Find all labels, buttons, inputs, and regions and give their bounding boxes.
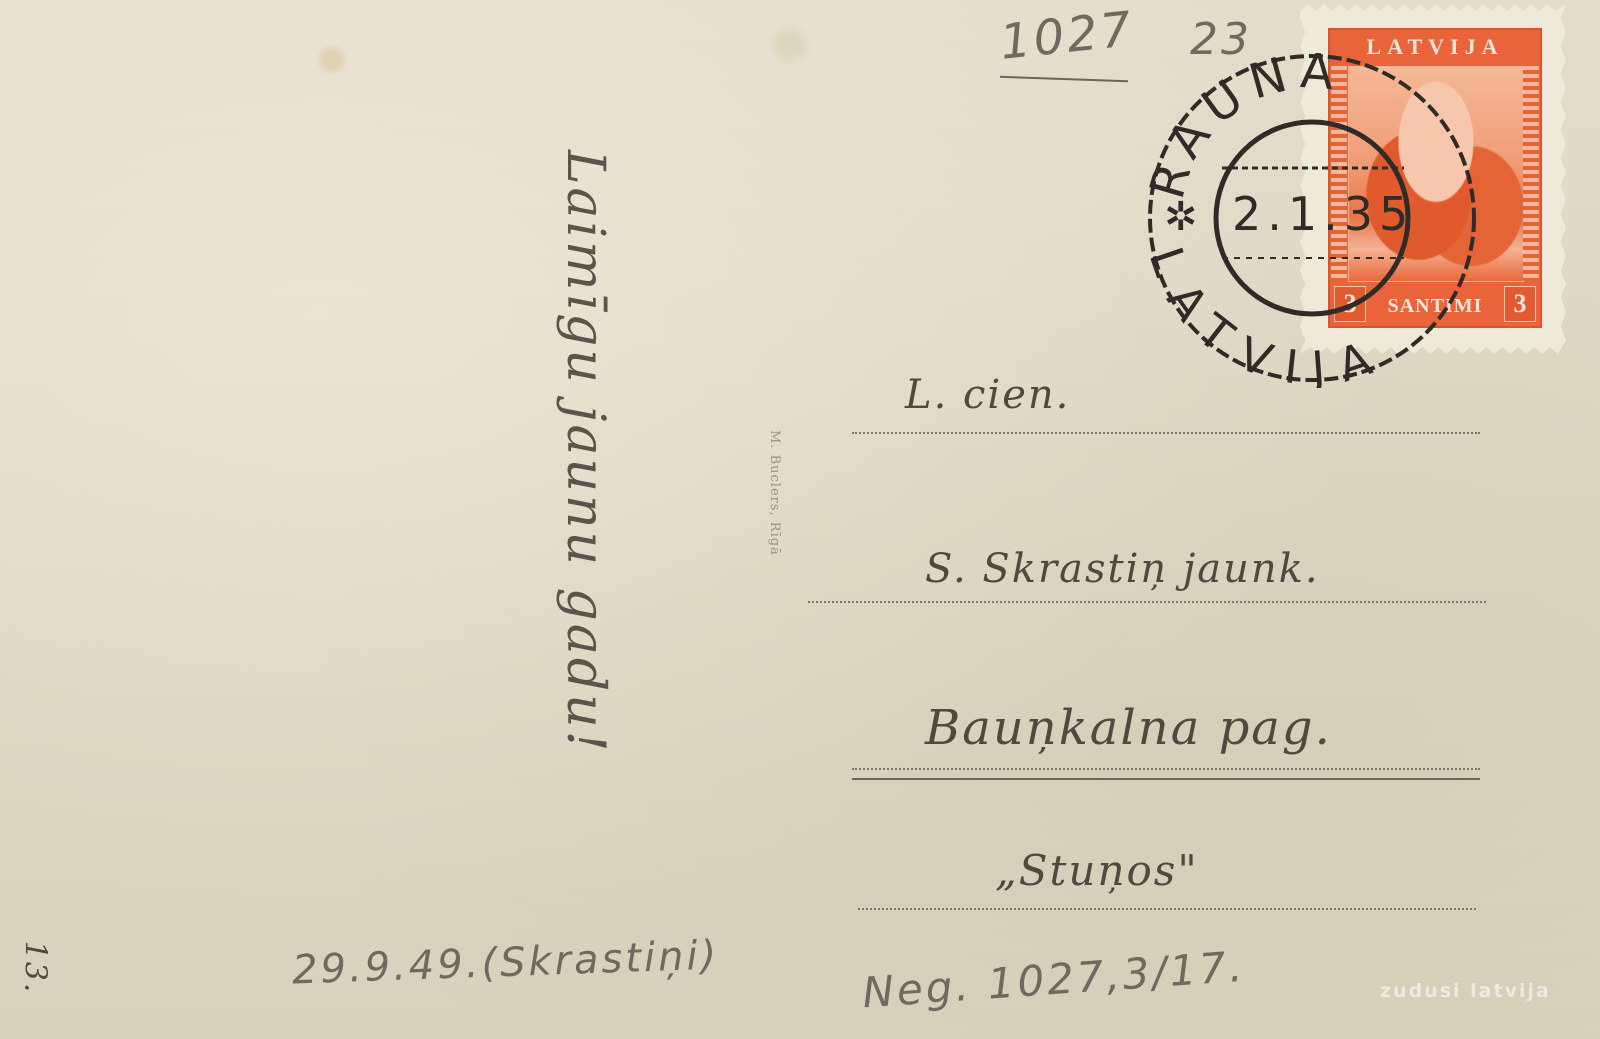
address-line-2: S. Skrastiņ jaunk. (925, 546, 1320, 592)
address-underline-3 (852, 778, 1480, 780)
address-line-4: „Stuņos" (995, 846, 1199, 895)
archive-date-note: 29.9.49.(Skrastiņi) (291, 933, 720, 994)
archive-negative-note: Neg. 1027,3/17. (861, 942, 1247, 1018)
archive-number: 1027 (997, 1, 1136, 71)
address-line-3: Bauņkalna pag. (925, 700, 1332, 756)
address-rule-3 (852, 768, 1480, 770)
archive-number-underline (1000, 76, 1128, 82)
postage-stamp: LATVIJA 3 SANTIMI 3 (1300, 4, 1566, 354)
postmark-ornament-icon: ✲ (1164, 194, 1198, 240)
address-rule-4 (858, 908, 1476, 910)
stamp-design: LATVIJA 3 SANTIMI 3 (1328, 28, 1542, 328)
stamp-castle-illustration (1348, 66, 1524, 282)
stamp-ornament-left (1331, 66, 1347, 280)
archive-number-suffix: 23 (1190, 14, 1252, 65)
address-line-1: L. cien. (905, 372, 1070, 418)
archive-corner-note: 13. (17, 941, 52, 995)
publisher-imprint: M. Buclers, Rīgā (767, 430, 782, 556)
greeting-text: Laimīgu jaunu gadu! (555, 150, 615, 755)
watermark: zudusi latvija (1380, 980, 1551, 1002)
postcard-back: 1027 23 Laimīgu jaunu gadu! M. Buclers, … (0, 0, 1600, 1039)
address-rule-1 (852, 432, 1480, 434)
stamp-ornament-right (1523, 66, 1539, 280)
stamp-value-left: 3 (1334, 286, 1366, 322)
stamp-country: LATVIJA (1330, 34, 1540, 60)
stamp-currency: SANTIMI (1370, 295, 1500, 318)
stamp-value-right: 3 (1504, 286, 1536, 322)
address-rule-2 (808, 601, 1486, 603)
